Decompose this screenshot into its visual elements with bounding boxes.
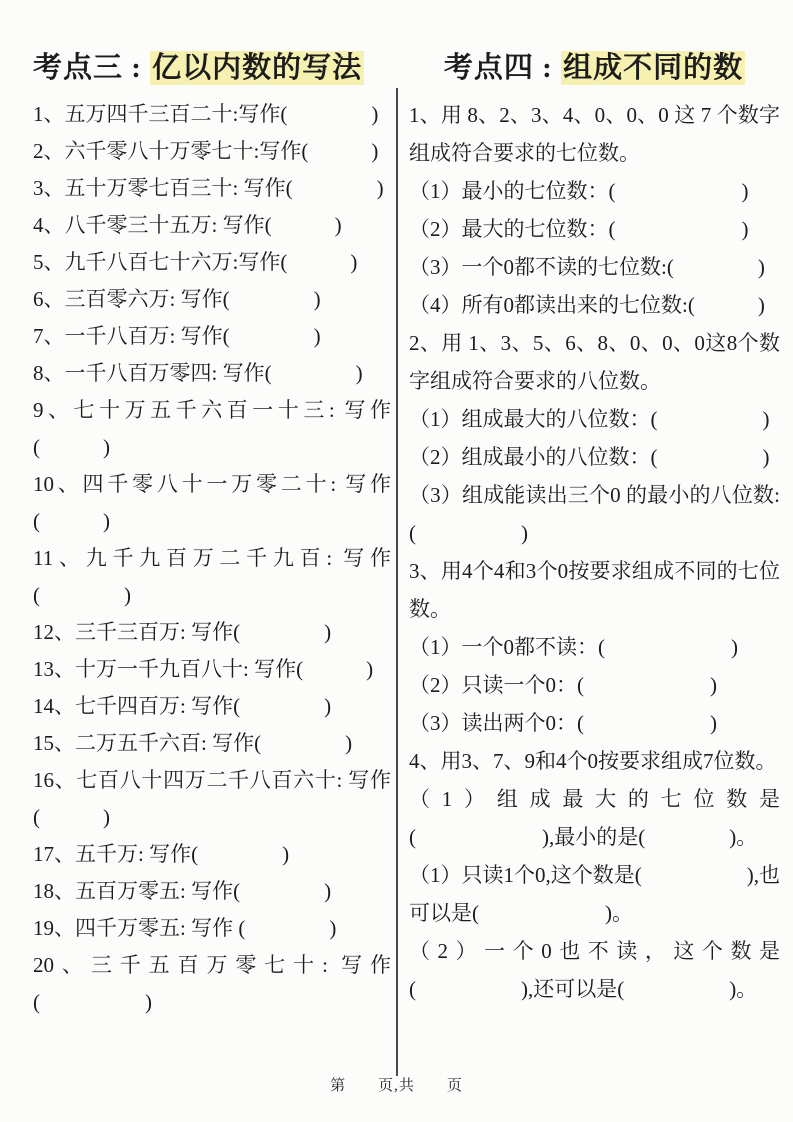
question-text: 2、用 1、3、5、6、8、0、0、0这8个数字组成符合要求的八位数。 <box>409 331 780 393</box>
answer-blank: ( ) <box>577 673 717 697</box>
answer-blank: ( ) <box>598 635 738 659</box>
question-text: 15、二万五千六百: 写作 <box>33 731 254 755</box>
answer-blank: ( ) <box>191 842 289 866</box>
question-text: 1、五万四千三百二十:写作 <box>33 102 280 126</box>
answer-blank: ( ) <box>651 407 770 431</box>
question-line: 9、七十万五千六百一十三: 写作( ) <box>33 392 391 466</box>
question-text: 20、三千五百万零七十: 写作 <box>33 953 391 977</box>
question-text: 2、六千零八十万零七十:写作 <box>33 139 301 163</box>
question-line: 12、三千三百万: 写作( ) <box>33 614 391 651</box>
question-line: （2）组成最小的八位数：( ) <box>409 438 780 476</box>
answer-blank: ( ) <box>33 805 110 829</box>
question-text: （2）组成最小的八位数： <box>409 445 651 469</box>
question-text: 3、用4个4和3个0按要求组成不同的七位数。 <box>409 559 780 621</box>
left-title-prefix: 考点三 : <box>33 52 150 84</box>
answer-blank: ( ) <box>238 916 336 940</box>
question-text: （3）读出两个0： <box>409 711 577 735</box>
answer-blank: ( ) <box>301 139 378 163</box>
answer-blank: ( ) <box>233 694 331 718</box>
question-text: （4）所有0都读出来的七位数: <box>409 293 688 317</box>
answer-blank: ( ) <box>254 731 352 755</box>
right-title-highlight: 组成不同的数 <box>561 51 745 85</box>
question-text: 3、五十万零七百三十: 写作 <box>33 176 286 200</box>
answer-blank: ( ) <box>409 977 528 1001</box>
question-text: （2）一个0也不读，这个数是 <box>409 939 780 963</box>
question-text: 5、九千八百七十六万:写作 <box>33 250 280 274</box>
question-line: （1）一个0都不读：( ) <box>409 628 780 666</box>
question-line: （4）所有0都读出来的七位数:( ) <box>409 286 780 324</box>
question-text: 4、八千零三十五万: 写作 <box>33 213 265 237</box>
question-line: 14、七千四百万: 写作( ) <box>33 688 391 725</box>
question-line: 4、八千零三十五万: 写作( ) <box>33 207 391 244</box>
question-line: 1、五万四千三百二十:写作( ) <box>33 96 391 133</box>
answer-blank: ( ) <box>286 176 384 200</box>
question-text: 1、用 8、2、3、4、0、0、0 这 7 个数字组成符合要求的七位数。 <box>409 103 780 165</box>
question-line: （2）一个0也不读，这个数是( ),还可以是( )。 <box>409 932 780 1008</box>
left-section-title: 考点三 : 亿以内数的写法 <box>33 46 391 90</box>
question-line: （1）组成最大的八位数：( ) <box>409 400 780 438</box>
right-question-list: 1、用 8、2、3、4、0、0、0 这 7 个数字组成符合要求的七位数。（1）最… <box>409 96 780 1008</box>
question-text: 19、四千万零五: 写作 <box>33 916 238 940</box>
question-text: 4、用3、7、9和4个0按要求组成7位数。 <box>409 749 777 773</box>
answer-blank: ( ) <box>617 977 736 1001</box>
question-line: 3、用4个4和3个0按要求组成不同的七位数。 <box>409 552 780 628</box>
question-text: 13、十万一千九百八十: 写作 <box>33 657 296 681</box>
answer-blank: ( ) <box>638 825 736 849</box>
answer-blank: ( ) <box>635 863 754 887</box>
answer-blank: ( ) <box>280 102 378 126</box>
question-text: （1）最小的七位数： <box>409 179 609 203</box>
question-text: 6、三百零六万: 写作 <box>33 287 223 311</box>
question-line: 11、九千九百万二千九百: 写作( ) <box>33 540 391 614</box>
question-line: 3、五十万零七百三十: 写作( ) <box>33 170 391 207</box>
question-line: 18、五百万零五: 写作( ) <box>33 873 391 910</box>
question-text: 。 <box>612 901 633 925</box>
answer-blank: ( ) <box>280 250 357 274</box>
answer-blank: ( ) <box>33 435 110 459</box>
answer-blank: ( ) <box>33 583 131 607</box>
answer-blank: ( ) <box>223 324 321 348</box>
question-text: 11、九千九百万二千九百: 写作 <box>33 546 391 570</box>
question-text: （2）最大的七位数： <box>409 217 609 241</box>
question-line: 16、七百八十四万二千八百六十: 写作( ) <box>33 762 391 836</box>
answer-blank: ( ) <box>233 620 331 644</box>
left-title-highlight: 亿以内数的写法 <box>150 51 364 85</box>
question-line: （3）组成能读出三个0 的最小的八位数:( ) <box>409 476 780 552</box>
question-text: 。 <box>736 825 757 849</box>
question-text: 。 <box>736 977 757 1001</box>
column-divider <box>396 88 398 1076</box>
answer-blank: ( ) <box>472 901 612 925</box>
question-text: 12、三千三百万: 写作 <box>33 620 233 644</box>
question-text: （1）组成最大的七位数是 <box>409 787 780 811</box>
left-column: 考点三 : 亿以内数的写法 1、五万四千三百二十:写作( )2、六千零八十万零七… <box>33 46 391 1021</box>
question-line: 20、三千五百万零七十: 写作( ) <box>33 947 391 1021</box>
question-text: ,最小的是 <box>549 825 638 849</box>
question-line: 8、一千八百万零四: 写作( ) <box>33 355 391 392</box>
answer-blank: ( ) <box>265 361 363 385</box>
question-text: （3）组成能读出三个0 的最小的八位数: <box>409 483 780 507</box>
answer-blank: ( ) <box>265 213 342 237</box>
answer-blank: ( ) <box>409 521 528 545</box>
answer-blank: ( ) <box>33 509 110 533</box>
question-line: 4、用3、7、9和4个0按要求组成7位数。 <box>409 742 780 780</box>
answer-blank: ( ) <box>577 711 717 735</box>
question-line: （1）只读1个0,这个数是( ),也可以是( )。 <box>409 856 780 932</box>
answer-blank: ( ) <box>223 287 321 311</box>
right-column: 考点四 : 组成不同的数 1、用 8、2、3、4、0、0、0 这 7 个数字组成… <box>409 46 780 1008</box>
question-text: 18、五百万零五: 写作 <box>33 879 233 903</box>
page-footer: 第 页,共 页 <box>0 1074 793 1095</box>
question-line: 6、三百零六万: 写作( ) <box>33 281 391 318</box>
answer-blank: ( ) <box>33 990 152 1014</box>
question-line: 13、十万一千九百八十: 写作( ) <box>33 651 391 688</box>
question-line: （1）组成最大的七位数是( ),最小的是( )。 <box>409 780 780 856</box>
question-line: （1）最小的七位数：( ) <box>409 172 780 210</box>
question-line: 7、一千八百万: 写作( ) <box>33 318 391 355</box>
question-text: 8、一千八百万零四: 写作 <box>33 361 265 385</box>
worksheet-page: { "colors": { "title_highlight": "#f6f1b… <box>0 0 793 1122</box>
question-text: 16、七百八十四万二千八百六十: 写作 <box>33 768 391 792</box>
question-text: ,还可以是 <box>528 977 617 1001</box>
answer-blank: ( ) <box>609 217 749 241</box>
question-text: 17、五千万: 写作 <box>33 842 191 866</box>
question-line: 17、五千万: 写作( ) <box>33 836 391 873</box>
question-line: （3）读出两个0：( ) <box>409 704 780 742</box>
answer-blank: ( ) <box>667 255 765 279</box>
question-text: （1）只读1个0,这个数是 <box>409 863 635 887</box>
question-line: 10、四千零八十一万零二十: 写作( ) <box>33 466 391 540</box>
question-line: 1、用 8、2、3、4、0、0、0 这 7 个数字组成符合要求的七位数。 <box>409 96 780 172</box>
question-text: 14、七千四百万: 写作 <box>33 694 233 718</box>
question-text: （1）组成最大的八位数： <box>409 407 651 431</box>
answer-blank: ( ) <box>688 293 765 317</box>
question-line: 5、九千八百七十六万:写作( ) <box>33 244 391 281</box>
left-question-list: 1、五万四千三百二十:写作( )2、六千零八十万零七十:写作( )3、五十万零七… <box>33 96 391 1021</box>
question-text: 7、一千八百万: 写作 <box>33 324 223 348</box>
question-text: 10、四千零八十一万零二十: 写作 <box>33 472 391 496</box>
answer-blank: ( ) <box>409 825 549 849</box>
question-text: （3）一个0都不读的七位数: <box>409 255 667 279</box>
right-section-title: 考点四 : 组成不同的数 <box>409 46 780 90</box>
right-title-prefix: 考点四 : <box>444 52 561 84</box>
question-line: 2、用 1、3、5、6、8、0、0、0这8个数字组成符合要求的八位数。 <box>409 324 780 400</box>
question-line: （2）只读一个0：( ) <box>409 666 780 704</box>
question-text: 9、七十万五千六百一十三: 写作 <box>33 398 391 422</box>
question-text: （1）一个0都不读： <box>409 635 598 659</box>
question-line: 2、六千零八十万零七十:写作( ) <box>33 133 391 170</box>
answer-blank: ( ) <box>296 657 373 681</box>
question-line: （3）一个0都不读的七位数:( ) <box>409 248 780 286</box>
page-root: 考点三 : 亿以内数的写法 1、五万四千三百二十:写作( )2、六千零八十万零七… <box>0 0 793 1122</box>
answer-blank: ( ) <box>651 445 770 469</box>
question-line: （2）最大的七位数：( ) <box>409 210 780 248</box>
question-line: 19、四千万零五: 写作 ( ) <box>33 910 391 947</box>
question-text: （2）只读一个0： <box>409 673 577 697</box>
answer-blank: ( ) <box>233 879 331 903</box>
answer-blank: ( ) <box>609 179 749 203</box>
question-line: 15、二万五千六百: 写作( ) <box>33 725 391 762</box>
